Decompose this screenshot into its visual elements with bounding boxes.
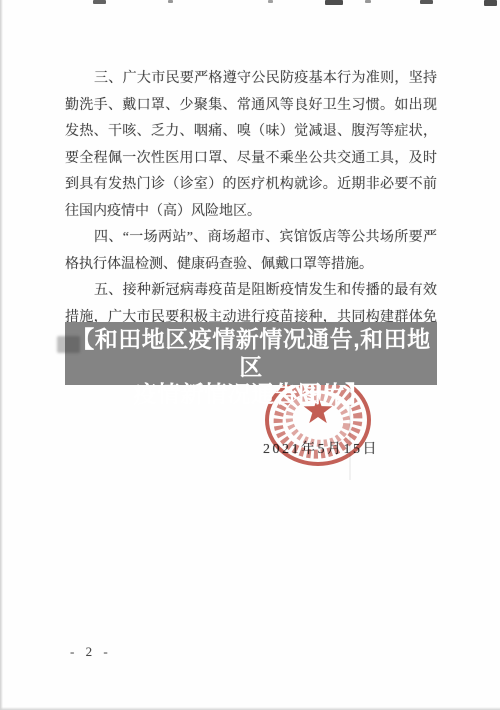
watermark-title-line2: 疫情新情况通告图片】 xyxy=(65,381,437,409)
body-line: 格执行体温检测、健康码查验、佩戴口罩等措施。 xyxy=(65,252,437,279)
watermark-title-line1: 【和田地区疫情新情况通告,和田地区 xyxy=(65,326,437,381)
scan-artifact xyxy=(484,0,497,6)
scan-artifact xyxy=(168,0,173,3)
scan-artifact xyxy=(365,0,371,3)
watermark-banner: 【和田地区疫情新情况通告,和田地区 疫情新情况通告图片】 xyxy=(65,322,437,385)
body-line: 三、广大市民要严格遵守公民防疫基本行为准则，坚持 xyxy=(65,66,437,93)
scan-artifact xyxy=(93,0,106,4)
scan-artifact xyxy=(268,0,273,3)
bleed-through-text-artifact xyxy=(57,336,80,353)
body-line: 发热、干咳、乏力、咽痛、嗅（味）觉减退、腹泻等症状， xyxy=(65,119,437,146)
body-line: 五、接种新冠病毒疫苗是阻断疫情发生和传播的最有效 xyxy=(65,278,437,305)
scan-edge-shadow-left xyxy=(0,0,3,710)
scan-artifact xyxy=(325,0,343,5)
body-line: 往国内疫情中（高）风险地区。 xyxy=(65,199,437,226)
document-page: 三、广大市民要严格遵守公民防疫基本行为准则，坚持 勤洗手、戴口罩、少聚集、常通风… xyxy=(0,0,500,710)
body-line: 到具有发热门诊（诊室）的医疗机构就诊。近期非必要不前 xyxy=(65,172,437,199)
body-line: 勤洗手、戴口罩、少聚集、常通风等良好卫生习惯。如出现 xyxy=(65,93,437,120)
scan-artifact xyxy=(420,0,433,4)
document-body: 三、广大市民要严格遵守公民防疫基本行为准则，坚持 勤洗手、戴口罩、少聚集、常通风… xyxy=(65,66,437,331)
body-line: 四、“一场两站”、商场超市、宾馆饭店等公共场所要严 xyxy=(65,225,437,252)
body-line: 要全程佩一次性医用口罩、尽量不乘坐公共交通工具，及时 xyxy=(65,146,437,173)
page-number: - 2 - xyxy=(70,644,112,660)
